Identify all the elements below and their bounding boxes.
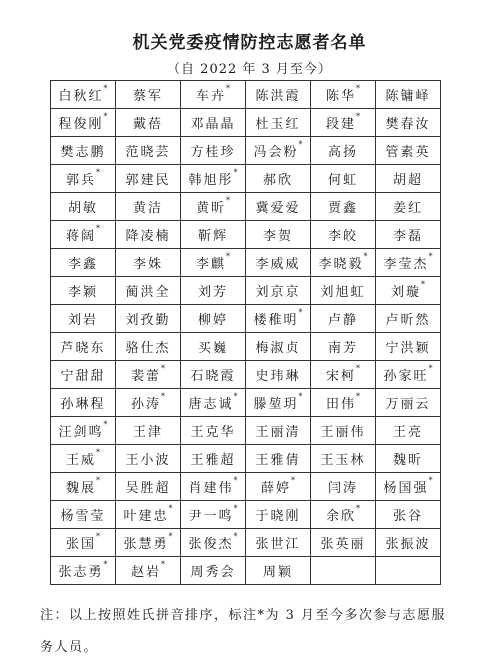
name-cell: 刘旭虹 — [311, 277, 376, 305]
name-cell: 王克华 — [181, 417, 246, 445]
name-cell: 叶建忠* — [116, 501, 181, 529]
volunteer-name: 白秋红 — [58, 89, 103, 104]
volunteer-name: 王丽伟 — [320, 425, 365, 440]
volunteer-name: 李莹杰 — [383, 257, 428, 272]
name-cell: 樊春汝 — [376, 109, 441, 137]
name-cell: 王津 — [116, 417, 181, 445]
asterisk-mark: * — [356, 112, 360, 121]
table-row: 芦晓东骆仕杰买巍梅淑贞南芳宁洪颖 — [51, 333, 441, 361]
volunteer-name: 宋柯 — [326, 369, 356, 384]
volunteer-name: 史玮琳 — [255, 369, 300, 384]
name-cell: 万丽云 — [376, 389, 441, 417]
name-cell: 陈洪霞 — [246, 81, 311, 109]
name-cell: 张国* — [51, 529, 116, 557]
name-cell: 宋柯* — [311, 361, 376, 389]
table-row: 王威*王小波王雅超王雅倩王玉林魏昕 — [51, 445, 441, 473]
name-cell: 史玮琳 — [246, 361, 311, 389]
name-cell: 王雅倩 — [246, 445, 311, 473]
table-row: 宁甜甜裴蕾*石晓霞史玮琳宋柯*孙家旺* — [51, 361, 441, 389]
name-cell: 骆仕杰 — [116, 333, 181, 361]
volunteer-name: 李贺 — [263, 229, 293, 244]
volunteer-name: 邓晶晶 — [190, 117, 235, 132]
name-cell: 戴蓓 — [116, 109, 181, 137]
volunteer-name: 周秀会 — [190, 565, 235, 580]
volunteer-name: 魏昕 — [393, 453, 423, 468]
name-cell: 孙涛* — [116, 389, 181, 417]
volunteer-name: 管素英 — [385, 145, 430, 160]
name-cell: 田伟* — [311, 389, 376, 417]
asterisk-mark: * — [234, 392, 238, 401]
name-cell: 何虹 — [311, 165, 376, 193]
volunteer-name: 万丽云 — [385, 397, 430, 412]
name-cell: 王亮 — [376, 417, 441, 445]
table-row: 孙琳程孙涛*唐志诚*滕堃玥*田伟*万丽云 — [51, 389, 441, 417]
name-cell: 靳辉 — [181, 221, 246, 249]
name-cell: 周秀会 — [181, 557, 246, 585]
name-cell: 楼稚明* — [246, 305, 311, 333]
name-cell: 韩旭彤* — [181, 165, 246, 193]
table-row: 魏展*吴胜超肖建伟*薛婷*闫涛杨国强* — [51, 473, 441, 501]
asterisk-mark: * — [234, 504, 238, 513]
volunteer-name: 石晓霞 — [190, 369, 235, 384]
volunteer-name: 王威 — [66, 453, 96, 468]
volunteer-name: 靳辉 — [198, 229, 228, 244]
volunteer-name: 陈华 — [326, 89, 356, 104]
asterisk-mark: * — [356, 392, 360, 401]
name-cell: 卢静 — [311, 305, 376, 333]
volunteer-name: 贾鑫 — [328, 201, 358, 216]
name-cell: 陈镛峄 — [376, 81, 441, 109]
name-cell: 尹一鸣* — [181, 501, 246, 529]
volunteer-name: 樊春汝 — [385, 117, 430, 132]
volunteer-name: 刘芳 — [198, 285, 228, 300]
volunteer-name: 孙涛 — [131, 397, 161, 412]
volunteer-name: 骆仕杰 — [125, 341, 170, 356]
asterisk-mark: * — [104, 560, 108, 569]
asterisk-mark: * — [169, 504, 173, 513]
table-row: 郭兵*郭建民韩旭彤*郝欣何虹胡超 — [51, 165, 441, 193]
name-cell: 车卉* — [181, 81, 246, 109]
asterisk-mark: * — [104, 420, 108, 429]
asterisk-mark: * — [161, 392, 165, 401]
name-cell: 买巍 — [181, 333, 246, 361]
volunteer-name: 张慧勇 — [123, 537, 168, 552]
asterisk-mark: * — [356, 504, 360, 513]
name-cell: 胡超 — [376, 165, 441, 193]
name-cell: 魏昕 — [376, 445, 441, 473]
volunteer-name: 何虹 — [328, 173, 358, 188]
name-cell: 李麒* — [181, 249, 246, 277]
volunteer-name: 田伟 — [326, 397, 356, 412]
table-row: 白秋红*蔡军车卉*陈洪霞陈华*陈镛峄 — [51, 81, 441, 109]
name-cell: 王小波 — [116, 445, 181, 473]
asterisk-mark: * — [429, 364, 433, 373]
volunteer-name: 李晓毅 — [318, 257, 363, 272]
name-cell — [311, 557, 376, 585]
asterisk-mark: * — [299, 392, 303, 401]
volunteer-name: 李麒 — [196, 257, 226, 272]
name-cell: 柳婷 — [181, 305, 246, 333]
volunteer-name: 滕堃玥 — [253, 397, 298, 412]
asterisk-mark: * — [291, 476, 295, 485]
name-cell: 魏展* — [51, 473, 116, 501]
volunteer-name: 卢昕然 — [385, 313, 430, 328]
volunteer-name: 郝欣 — [263, 173, 293, 188]
volunteer-name: 王雅倩 — [255, 453, 300, 468]
volunteer-name: 王克华 — [190, 425, 235, 440]
name-cell: 郝欣 — [246, 165, 311, 193]
name-cell: 程俊刚* — [51, 109, 116, 137]
name-cell: 白秋红* — [51, 81, 116, 109]
name-cell: 张英丽 — [311, 529, 376, 557]
table-row: 张国*张慧勇*张俊杰*张世江张英丽张振波 — [51, 529, 441, 557]
name-cell: 段建* — [311, 109, 376, 137]
name-cell: 方桂珍 — [181, 137, 246, 165]
volunteer-name: 杜玉红 — [255, 117, 300, 132]
document-title: 机关党委疫情防控志愿者名单 — [0, 28, 499, 53]
name-cell: 李姝 — [116, 249, 181, 277]
name-cell: 李皎 — [311, 221, 376, 249]
volunteer-name: 蔡军 — [133, 89, 163, 104]
name-cell: 肖建伟* — [181, 473, 246, 501]
volunteer-name: 冀爱爱 — [255, 201, 300, 216]
name-cell — [376, 557, 441, 585]
volunteer-name: 李鑫 — [68, 257, 98, 272]
name-cell: 范晓芸 — [116, 137, 181, 165]
name-cell: 李莹杰* — [376, 249, 441, 277]
asterisk-mark: * — [96, 168, 100, 177]
asterisk-mark: * — [226, 252, 230, 261]
table-row: 李鑫李姝李麒*李威威李晓毅*李莹杰* — [51, 249, 441, 277]
name-cell: 陈华* — [311, 81, 376, 109]
name-cell: 孙琳程 — [51, 389, 116, 417]
asterisk-mark: * — [364, 252, 368, 261]
volunteer-name: 芦晓东 — [60, 341, 105, 356]
volunteer-name: 李姝 — [133, 257, 163, 272]
asterisk-mark: * — [356, 84, 360, 93]
asterisk-mark: * — [96, 224, 100, 233]
asterisk-mark: * — [234, 168, 238, 177]
volunteer-name: 薛婷 — [261, 481, 291, 496]
table-row: 樊志鹏范晓芸方桂珍冯会粉*高扬管素英 — [51, 137, 441, 165]
asterisk-mark: * — [429, 252, 433, 261]
name-cell: 姜红 — [376, 193, 441, 221]
name-cell: 樊志鹏 — [51, 137, 116, 165]
volunteer-name: 王玉林 — [320, 453, 365, 468]
volunteer-name: 黄洁 — [133, 201, 163, 216]
volunteer-name: 王小波 — [125, 453, 170, 468]
table-row: 胡敏黄洁黄昕*冀爱爱贾鑫姜红 — [51, 193, 441, 221]
volunteer-name: 魏展 — [66, 481, 96, 496]
document-subtitle: （自 2022 年 3 月至今） — [0, 58, 499, 77]
volunteer-name: 胡超 — [393, 173, 423, 188]
volunteer-name: 王丽清 — [255, 425, 300, 440]
name-cell: 郭建民 — [116, 165, 181, 193]
volunteer-table-body: 白秋红*蔡军车卉*陈洪霞陈华*陈镛峄程俊刚*戴蓓邓晶晶杜玉红段建*樊春汝樊志鹏范… — [51, 81, 441, 585]
asterisk-mark: * — [234, 532, 238, 541]
volunteer-name: 方桂珍 — [190, 145, 235, 160]
table-row: 蒋阔*降凌楠靳辉李贺李皎李磊 — [51, 221, 441, 249]
volunteer-name: 宁甜甜 — [60, 369, 105, 384]
asterisk-mark: * — [356, 364, 360, 373]
name-cell: 周颖 — [246, 557, 311, 585]
name-cell: 杜玉红 — [246, 109, 311, 137]
asterisk-mark: * — [161, 364, 165, 373]
name-cell: 杨雪莹 — [51, 501, 116, 529]
name-cell: 高扬 — [311, 137, 376, 165]
volunteer-name: 赵岩 — [131, 565, 161, 580]
name-cell: 李威威 — [246, 249, 311, 277]
volunteer-name: 韩旭彤 — [188, 173, 233, 188]
name-cell: 冯会粉* — [246, 137, 311, 165]
name-cell: 李颖 — [51, 277, 116, 305]
name-cell: 裴蕾* — [116, 361, 181, 389]
name-cell: 蔡军 — [116, 81, 181, 109]
volunteer-name: 范晓芸 — [125, 145, 170, 160]
name-cell: 吴胜超 — [116, 473, 181, 501]
name-cell: 唐志诚* — [181, 389, 246, 417]
name-cell: 管素英 — [376, 137, 441, 165]
name-cell: 刘芳 — [181, 277, 246, 305]
volunteer-name: 卢静 — [328, 313, 358, 328]
name-cell: 芦晓东 — [51, 333, 116, 361]
table-row: 程俊刚*戴蓓邓晶晶杜玉红段建*樊春汝 — [51, 109, 441, 137]
volunteer-name: 段建 — [326, 117, 356, 132]
asterisk-mark: * — [429, 476, 433, 485]
volunteer-name: 张英丽 — [320, 537, 365, 552]
volunteer-name: 杨国强 — [383, 481, 428, 496]
volunteer-name: 宁洪颖 — [385, 341, 430, 356]
volunteer-name: 裴蕾 — [131, 369, 161, 384]
name-cell: 赵岩* — [116, 557, 181, 585]
volunteer-name: 车卉 — [196, 89, 226, 104]
name-cell: 南芳 — [311, 333, 376, 361]
name-cell: 王雅超 — [181, 445, 246, 473]
table-row: 杨雪莹叶建忠*尹一鸣*于晓刚余欣*张谷 — [51, 501, 441, 529]
volunteer-name: 吴胜超 — [125, 481, 170, 496]
volunteer-name: 王津 — [133, 425, 163, 440]
volunteer-name: 樊志鹏 — [60, 145, 105, 160]
volunteer-name: 蔺洪全 — [125, 285, 170, 300]
volunteer-name: 张世江 — [255, 537, 300, 552]
name-cell: 闫涛 — [311, 473, 376, 501]
name-cell: 张志勇* — [51, 557, 116, 585]
name-cell: 黄昕* — [181, 193, 246, 221]
name-cell: 杨国强* — [376, 473, 441, 501]
asterisk-mark: * — [96, 476, 100, 485]
name-cell: 李贺 — [246, 221, 311, 249]
name-cell: 李鑫 — [51, 249, 116, 277]
table-row: 张志勇*赵岩*周秀会周颖 — [51, 557, 441, 585]
name-cell: 刘孜勤 — [116, 305, 181, 333]
volunteer-name: 王亮 — [393, 425, 423, 440]
volunteer-name: 南芳 — [328, 341, 358, 356]
name-cell: 王丽清 — [246, 417, 311, 445]
volunteer-name: 孙琳程 — [60, 397, 105, 412]
volunteer-name: 梅淑贞 — [255, 341, 300, 356]
volunteer-name: 程俊刚 — [58, 117, 103, 132]
volunteer-name: 刘璇 — [391, 285, 421, 300]
volunteer-name: 张俊杰 — [188, 537, 233, 552]
name-cell: 蒋阔* — [51, 221, 116, 249]
volunteer-name: 郭建民 — [125, 173, 170, 188]
volunteer-name: 蒋阔 — [66, 229, 96, 244]
name-cell: 邓晶晶 — [181, 109, 246, 137]
name-cell: 降凌楠 — [116, 221, 181, 249]
volunteer-name: 柳婷 — [198, 313, 228, 328]
volunteer-name: 余欣 — [326, 509, 356, 524]
volunteer-name: 肖建伟 — [188, 481, 233, 496]
name-cell: 王玉林 — [311, 445, 376, 473]
asterisk-mark: * — [104, 84, 108, 93]
volunteer-name: 杨雪莹 — [60, 509, 105, 524]
volunteer-name: 降凌楠 — [125, 229, 170, 244]
name-cell: 郭兵* — [51, 165, 116, 193]
volunteer-name: 买巍 — [198, 341, 228, 356]
volunteer-name: 郭兵 — [66, 173, 96, 188]
name-cell: 汪剑鸣* — [51, 417, 116, 445]
name-cell: 胡敏 — [51, 193, 116, 221]
volunteer-name: 楼稚明 — [253, 313, 298, 328]
name-cell: 王丽伟 — [311, 417, 376, 445]
volunteer-name: 黄昕 — [196, 201, 226, 216]
name-cell: 余欣* — [311, 501, 376, 529]
name-cell: 王威* — [51, 445, 116, 473]
name-cell: 刘京京 — [246, 277, 311, 305]
name-cell: 黄洁 — [116, 193, 181, 221]
name-cell: 蔺洪全 — [116, 277, 181, 305]
name-cell: 石晓霞 — [181, 361, 246, 389]
name-cell: 孙家旺* — [376, 361, 441, 389]
name-cell: 宁洪颖 — [376, 333, 441, 361]
table-row: 刘岩刘孜勤柳婷楼稚明*卢静卢昕然 — [51, 305, 441, 333]
volunteer-name: 于晓刚 — [255, 509, 300, 524]
asterisk-mark: * — [96, 448, 100, 457]
volunteer-name: 汪剑鸣 — [58, 425, 103, 440]
name-cell: 张振波 — [376, 529, 441, 557]
volunteer-name: 刘岩 — [68, 313, 98, 328]
name-cell: 张慧勇* — [116, 529, 181, 557]
name-cell: 张谷 — [376, 501, 441, 529]
footnote: 注：以上按照姓氏拼音排序，标注*为 3 月至今多次参与志愿服务人员。 — [40, 600, 460, 664]
volunteer-name: 张谷 — [393, 509, 423, 524]
asterisk-mark: * — [226, 196, 230, 205]
asterisk-mark: * — [421, 280, 425, 289]
volunteer-name: 张振波 — [385, 537, 430, 552]
asterisk-mark: * — [299, 308, 303, 317]
name-cell: 刘岩 — [51, 305, 116, 333]
volunteer-name: 王雅超 — [190, 453, 235, 468]
volunteer-name: 胡敏 — [68, 201, 98, 216]
asterisk-mark: * — [234, 476, 238, 485]
name-cell: 宁甜甜 — [51, 361, 116, 389]
name-cell: 于晓刚 — [246, 501, 311, 529]
volunteer-name: 姜红 — [393, 201, 423, 216]
volunteer-table: 白秋红*蔡军车卉*陈洪霞陈华*陈镛峄程俊刚*戴蓓邓晶晶杜玉红段建*樊春汝樊志鹏范… — [50, 80, 441, 585]
volunteer-name: 李威威 — [255, 257, 300, 272]
name-cell: 滕堃玥* — [246, 389, 311, 417]
volunteer-name: 叶建忠 — [123, 509, 168, 524]
volunteer-name: 周颖 — [263, 565, 293, 580]
name-cell: 卢昕然 — [376, 305, 441, 333]
volunteer-name: 陈洪霞 — [255, 89, 300, 104]
volunteer-name: 高扬 — [328, 145, 358, 160]
table-row: 汪剑鸣*王津王克华王丽清王丽伟王亮 — [51, 417, 441, 445]
volunteer-name: 陈镛峄 — [385, 89, 430, 104]
volunteer-name: 张志勇 — [58, 565, 103, 580]
asterisk-mark: * — [161, 560, 165, 569]
volunteer-name: 闫涛 — [328, 481, 358, 496]
name-cell: 张世江 — [246, 529, 311, 557]
volunteer-name: 刘京京 — [255, 285, 300, 300]
volunteer-name: 刘旭虹 — [320, 285, 365, 300]
volunteer-name: 李磊 — [393, 229, 423, 244]
volunteer-name: 李皎 — [328, 229, 358, 244]
volunteer-name: 唐志诚 — [188, 397, 233, 412]
volunteer-name: 孙家旺 — [383, 369, 428, 384]
name-cell: 李晓毅* — [311, 249, 376, 277]
name-cell: 梅淑贞 — [246, 333, 311, 361]
volunteer-name: 戴蓓 — [133, 117, 163, 132]
name-cell: 贾鑫 — [311, 193, 376, 221]
asterisk-mark: * — [96, 532, 100, 541]
asterisk-mark: * — [169, 532, 173, 541]
volunteer-name: 冯会粉 — [253, 145, 298, 160]
volunteer-name: 刘孜勤 — [125, 313, 170, 328]
asterisk-mark: * — [226, 84, 230, 93]
table-row: 李颖蔺洪全刘芳刘京京刘旭虹刘璇* — [51, 277, 441, 305]
volunteer-name: 尹一鸣 — [188, 509, 233, 524]
asterisk-mark: * — [104, 112, 108, 121]
volunteer-name: 张国 — [66, 537, 96, 552]
name-cell: 李磊 — [376, 221, 441, 249]
name-cell: 张俊杰* — [181, 529, 246, 557]
asterisk-mark: * — [299, 140, 303, 149]
name-cell: 薛婷* — [246, 473, 311, 501]
name-cell: 刘璇* — [376, 277, 441, 305]
name-cell: 冀爱爱 — [246, 193, 311, 221]
volunteer-name: 李颖 — [68, 285, 98, 300]
